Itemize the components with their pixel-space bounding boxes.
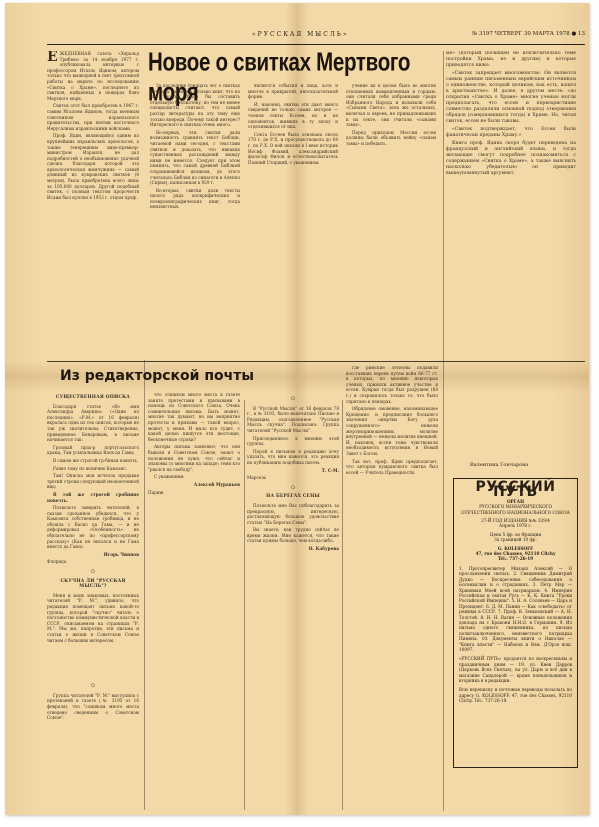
paragraph: являются события и лица, хотя и многое в…: [248, 83, 338, 100]
paragraph: Порой я письмом в редакцию хочу указать,…: [247, 449, 339, 466]
paragraph: Книга проф. Ядина скоро будет переведена…: [446, 141, 576, 177]
star-icon: ✩: [247, 396, 339, 402]
ad-title: РУССКИЙ ПУТЬ: [459, 485, 572, 496]
mailbag-column-a: СУЩЕСТВЕННАЯ ОПИСКА Благодаря статье «Во…: [47, 392, 139, 807]
intro-column: ЕЖЕДНЕВНАЯ газета «Херальд Трибюн» за 14…: [47, 51, 139, 356]
letter-title: НА БЕРЕГАХ СЕНЫ: [247, 494, 339, 500]
paragraph: Позвольте заверить читателей, я сказав с…: [47, 505, 139, 550]
mailbag-column-b: что слишком много места в газете занято …: [148, 392, 240, 807]
article-author: Валентина Гончарова: [470, 462, 528, 468]
verse-quote: Грозный прах-р португальского храма, Там…: [47, 445, 139, 456]
paragraph: Там! Описка моя исчезла продавая третий …: [47, 473, 139, 490]
column-divider: [144, 360, 145, 810]
paragraph: Благодаря статье «Во имя Александра Авер…: [47, 404, 139, 443]
paragraph: «Свиток подтверждает, что Ессеи были фан…: [446, 127, 576, 139]
letter-signature: Н. Кабурова: [247, 546, 339, 552]
column-divider: [342, 400, 343, 810]
column-divider: [244, 400, 245, 810]
paragraph: Группа читателей "Р. М." выступила с пре…: [47, 693, 139, 721]
verse-quote: В самом же строгой гр-биньи повезть.: [47, 458, 139, 464]
ad-phone: Tél.: 737-26-19: [459, 556, 572, 561]
paragraph: И, наконец, свитки эти дают много сведен…: [248, 102, 338, 130]
paragraph: Так вот, проф. Ядин предполагает, что ав…: [346, 459, 438, 476]
article-column-4: учение их в целом было во многих отношен…: [346, 83, 436, 358]
paragraph: что слишком много места в газете занято …: [148, 392, 240, 442]
ad-contact-note: Всю переписку и почтовые переводы посыла…: [459, 687, 572, 703]
paragraph: За последние тридцать лет о свитках Кумр…: [150, 83, 240, 128]
ad-date: Апрель 1978 г.: [459, 523, 572, 528]
paragraph: Позвольте мне Вас поблагодарить за прекр…: [247, 503, 339, 525]
column-divider: [443, 51, 444, 811]
letter-place: Флорида: [47, 559, 139, 565]
article-column-2: За последние тридцать лет о свитках Кумр…: [150, 83, 240, 358]
mailbag-column-c: ✩ В "Русской Мысли" от 16 февраля 78 г.,…: [247, 392, 339, 807]
paragraph: Равно тому по величию Камоэнс.: [47, 466, 139, 472]
drop-cap: Е: [47, 51, 58, 63]
paragraph: Во-первых, эти свитки дали возможность с…: [150, 130, 240, 186]
mailbag-section-title: Из редакторской почты: [60, 368, 254, 384]
paragraph: Свиток этот был приобретен в 1967 г. сам…: [47, 103, 139, 131]
paragraph: Во-вторых, свитки дали тексты целого ряд…: [150, 188, 240, 210]
paragraph: В "Русской Мысли" от 16 февраля 78 г., в…: [247, 406, 339, 434]
letter-signature: Т. С-М.: [247, 468, 339, 474]
star-icon: ✩: [247, 485, 339, 491]
paragraph: где римские легионы подавили восставших …: [346, 365, 438, 404]
star-icon: ✩: [47, 683, 139, 689]
letter-closing: С уважением: [148, 474, 240, 480]
paragraph: Присоединяюсь к мнению этой группы.: [247, 436, 339, 447]
paragraph: Вы знаете, как трудно сейчас во время жи…: [247, 527, 339, 544]
letter-signature: Игорь Чиннов: [47, 552, 139, 558]
article-column-5: ме» (который посвящен не исключительно т…: [446, 51, 576, 461]
paragraph: «Свиток запрещает многоженство. Он являе…: [446, 71, 576, 125]
letter-title: СКУЧНА ЛИ "РУССКАЯ МЫСЛЬ"?: [47, 579, 139, 590]
paragraph: Секта Ессеев была основана около 170 г. …: [248, 132, 338, 166]
article-column-3: являются события и лица, хотя и многое в…: [248, 83, 338, 358]
newspaper-name: «РУССКАЯ МЫСЛЬ»: [252, 31, 349, 38]
masthead-rule: [47, 44, 585, 45]
verse-quote: В той же строгой гробнице повезть.: [47, 492, 139, 503]
letter-place: Париж: [148, 490, 240, 496]
letter-place: Марсель: [247, 475, 339, 481]
article-continuation-column: где римские легионы подавили восставших …: [346, 365, 438, 805]
paragraph: Перед приходом Мессии ессеи должны были …: [346, 130, 436, 147]
paragraph: Меня и моих знакомых, постоянных читател…: [47, 593, 139, 643]
paragraph: Проф. Ядин, являющийся одним из крупнейш…: [47, 133, 139, 200]
star-icon: ✩: [47, 569, 139, 575]
ad-sale-note: «РУССКИЙ ПУТЬ» продается по воскресеньям…: [459, 656, 572, 683]
paragraph: Авторы письма заявляют, что они бывали в…: [148, 444, 240, 472]
masthead: «РУССКАЯ МЫСЛЬ» № 3197 ЧЕТВЕРГ 30 МАРТА …: [47, 29, 585, 41]
paragraph: ме» (который посвящен не исключительно т…: [446, 51, 576, 69]
letter-signature: Алексей Муравьев: [148, 482, 240, 488]
paragraph: учение их в целом было во многих отношен…: [346, 83, 436, 128]
ad-contents: 1. Протопресвитер Михаил Алексий — О про…: [459, 566, 572, 653]
ad-price-abroad: За границей 10 фр.: [459, 537, 572, 542]
issue-info: № 3197 ЧЕТВЕРГ 30 МАРТА 1978 ● 13: [472, 31, 585, 37]
paragraph: Обрядовое омовение, напоминающее Крещени…: [346, 406, 438, 456]
intro-text: ЖЕДНЕВНАЯ газета «Херальд Трибюн» за 14 …: [47, 51, 139, 101]
russkiy-put-advertisement: РУССКИЙ ПУТЬ ОРГАН РУССКОГО МОНАРХИЧЕСКО…: [453, 478, 578, 768]
letter-title: СУЩЕСТВЕННАЯ ОПИСКА: [47, 395, 139, 401]
ad-organization: РУССКОГО МОНАРХИЧЕСКОГО ОТЕЧЕСТВЕННОГО Н…: [459, 504, 572, 515]
section-rule: [47, 361, 585, 362]
